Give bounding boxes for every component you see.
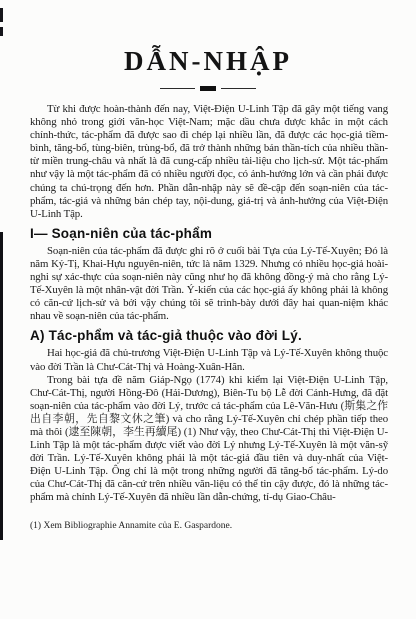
paragraph: Từ khi được hoàn-thành đến nay, Việt-Điệ… xyxy=(30,103,388,221)
divider-line-right xyxy=(221,88,256,89)
scan-edge-artifact xyxy=(0,0,3,619)
paragraph: Soạn-niên của tác-phẩm đã được ghi rõ ở … xyxy=(30,245,388,324)
title-divider xyxy=(160,86,256,91)
book-page: DẪN-NHẬP Từ khi được hoàn-thành đến nay,… xyxy=(0,0,416,619)
page-title: DẪN-NHẬP xyxy=(0,46,416,77)
paragraph: Trong bài tựa đề năm Giáp-Ngọ (1774) khi… xyxy=(30,374,388,505)
divider-center-block xyxy=(200,86,216,91)
section-heading: I— Soạn-niên của tác-phẩm xyxy=(30,226,388,242)
divider-line-left xyxy=(160,88,195,89)
footnote: (1) Xem Bibliographie Annamite của E. Ga… xyxy=(30,521,388,532)
section-heading: A) Tác-phẩm và tác-giả thuộc vào đời Lý. xyxy=(30,328,388,344)
paragraph: Hai học-giả đã chủ-trương Việt-Điện U-Li… xyxy=(30,347,388,373)
text-blocks: Từ khi được hoàn-thành đến nay, Việt-Điệ… xyxy=(30,103,388,505)
